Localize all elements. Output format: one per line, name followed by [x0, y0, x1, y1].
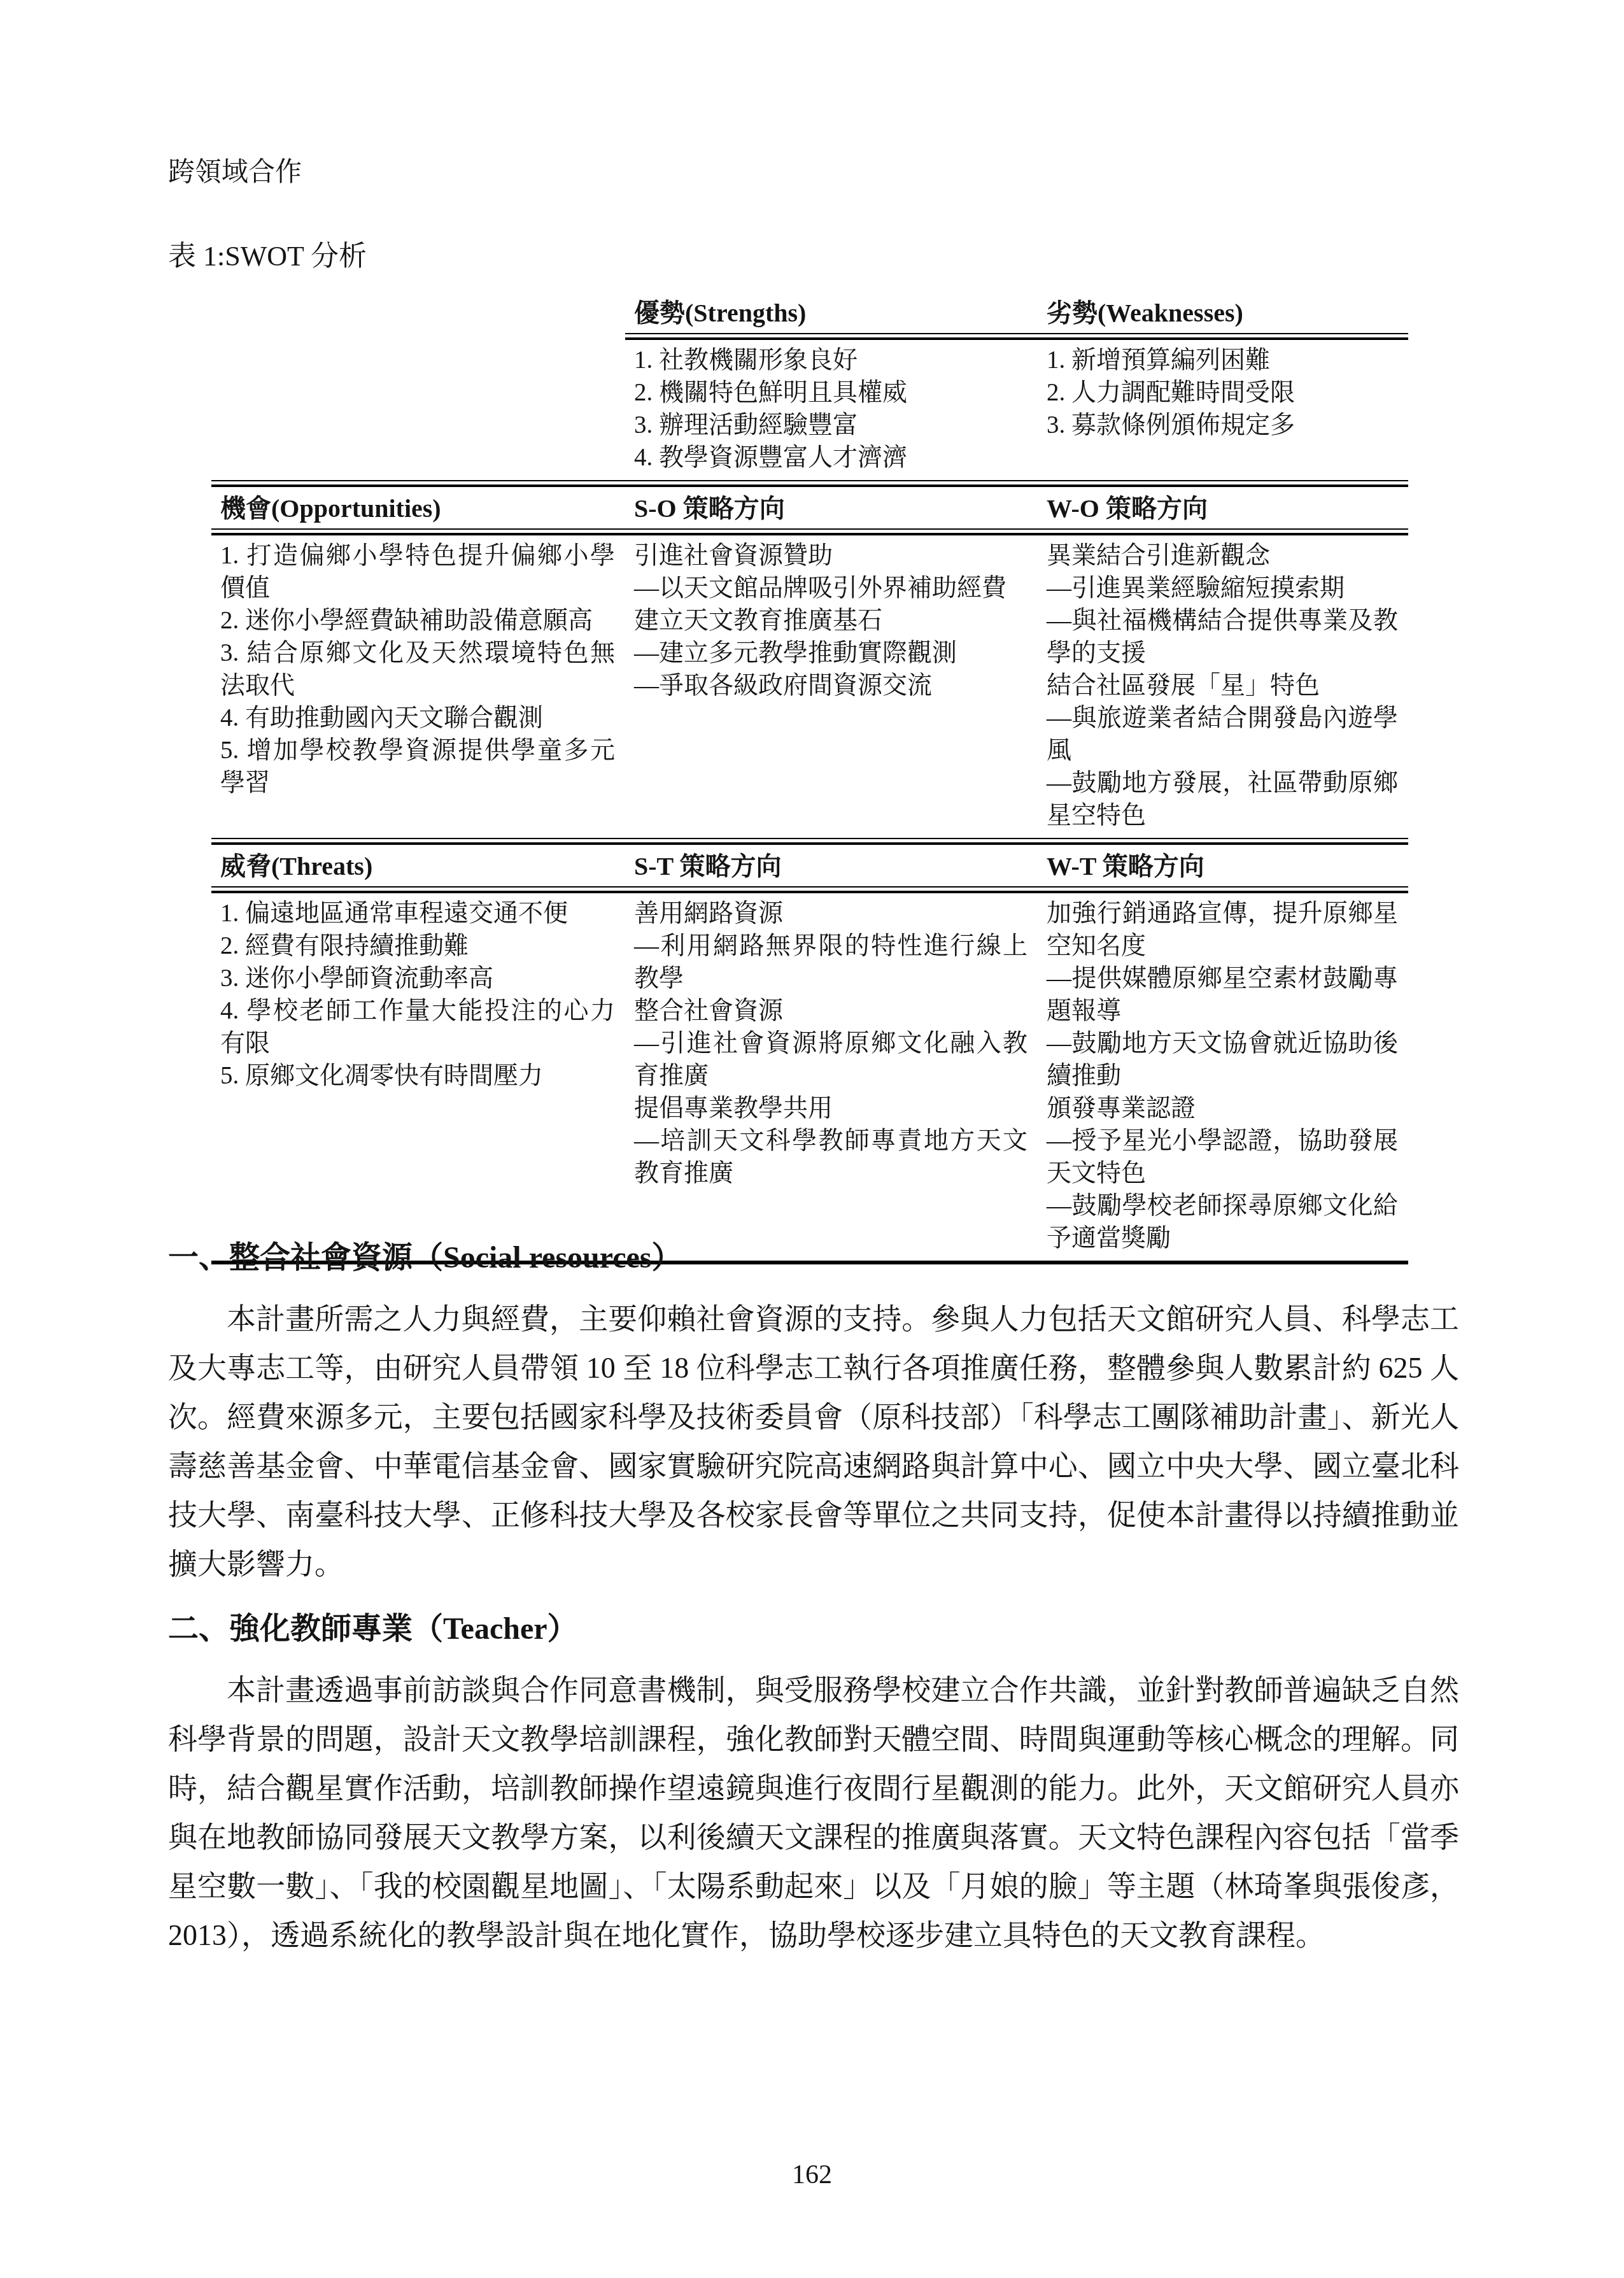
table-rule: [625, 333, 1408, 340]
col-header-weaknesses: 劣勢(Weaknesses): [1038, 292, 1408, 333]
table-cell-line: 2. 經費有限持續推動難: [220, 930, 615, 962]
cell-threats: 1. 偏遠地區通常車程遠交通不便2. 經費有限持續推動難3. 迷你小學師資流動率…: [211, 893, 625, 1261]
table-cell-line: 異業結合引進新觀念: [1047, 539, 1398, 572]
table-cell-line: 2. 機關特色鮮明且具權威: [634, 376, 1027, 409]
cell-weaknesses: 1. 新增預算編列困難2. 人力調配難時間受限3. 募款條例頒佈規定多: [1038, 340, 1408, 480]
cell-strengths: 1. 社教機關形象良好2. 機關特色鮮明且具權威3. 辦理活動經驗豐富4. 教學…: [625, 340, 1038, 480]
table-rule: [211, 528, 1408, 535]
table-header-row-opportunities: 機會(Opportunities) S-O 策略方向 W-O 策略方向: [211, 487, 1408, 528]
table-cell-line: 1. 打造偏鄉小學特色提升偏鄉小學價值: [220, 539, 615, 604]
table-cell-line: 3. 結合原鄉文化及天然環境特色無法取代: [220, 637, 615, 702]
cell-wt-strategies: 加強行銷通路宣傳，提升原鄉星空知名度—提供媒體原鄉星空素材鼓勵專題報導—鼓勵地方…: [1038, 893, 1408, 1261]
row-header-threats: 威脅(Threats): [211, 845, 625, 886]
cell-wo-strategies: 異業結合引進新觀念—引進異業經驗縮短摸索期—與社福機構結合提供專業及教學的支援結…: [1038, 535, 1408, 838]
table-row-sw-content: 1. 社教機關形象良好2. 機關特色鮮明且具權威3. 辦理活動經驗豐富4. 教學…: [211, 340, 1408, 480]
table-cell-line: —提供媒體原鄉星空素材鼓勵專題報導: [1047, 962, 1398, 1027]
table-cell-line: —鼓勵地方發展，社區帶動原鄉星空特色: [1047, 767, 1398, 831]
table-cell-line: —鼓勵地方天文協會就近協助後續推動: [1047, 1027, 1398, 1092]
col-header-st: S-T 策略方向: [625, 845, 1038, 886]
table-header-row-threats: 威脅(Threats) S-T 策略方向 W-T 策略方向: [211, 845, 1408, 886]
table-cell-line: 4. 教學資源豐富人才濟濟: [634, 441, 1027, 474]
table-cell-line: 4. 學校老師工作量大能投注的心力有限: [220, 994, 615, 1059]
cell-opportunities: 1. 打造偏鄉小學特色提升偏鄉小學價值2. 迷你小學經費缺補助設備意願高3. 結…: [211, 535, 625, 838]
table-cell-line: —爭取各級政府間資源交流: [634, 669, 1027, 702]
table-cell-line: —建立多元教學推動實際觀測: [634, 637, 1027, 669]
empty-corner-cell: [211, 292, 625, 333]
table-row-threats-content: 1. 偏遠地區通常車程遠交通不便2. 經費有限持續推動難3. 迷你小學師資流動率…: [211, 893, 1408, 1261]
table-cell-line: 2. 迷你小學經費缺補助設備意願高: [220, 604, 615, 637]
swot-table: 優勢(Strengths) 劣勢(Weaknesses) 1. 社教機關形象良好…: [211, 292, 1408, 1264]
table-cell-line: 頒發專業認證: [1047, 1092, 1398, 1124]
col-header-so: S-O 策略方向: [625, 487, 1038, 528]
table-cell-line: 5. 原鄉文化凋零快有時間壓力: [220, 1059, 615, 1092]
table-cell-line: 3. 迷你小學師資流動率高: [220, 962, 615, 994]
col-header-wt: W-T 策略方向: [1038, 845, 1408, 886]
table-cell-line: 善用網路資源: [634, 897, 1027, 930]
table-rule: [211, 480, 1408, 487]
row-header-opportunities: 機會(Opportunities): [211, 487, 625, 528]
table-rule: [211, 838, 1408, 845]
page-number: 162: [0, 2160, 1624, 2190]
table-cell-line: 2. 人力調配難時間受限: [1047, 376, 1398, 409]
table-cell-line: 1. 偏遠地區通常車程遠交通不便: [220, 897, 615, 930]
section-teacher: 二、強化教師專業（Teacher） 本計畫透過事前訪談與合作同意書機制，與受服務…: [168, 1609, 1459, 1960]
section-heading: 一、整合社會資源（Social resources）: [168, 1238, 1459, 1278]
table-row-opportunities-content: 1. 打造偏鄉小學特色提升偏鄉小學價值2. 迷你小學經費缺補助設備意願高3. 結…: [211, 535, 1408, 838]
table-cell-line: 提倡專業教學共用: [634, 1092, 1027, 1124]
table-cell-line: —引進社會資源將原鄉文化融入教育推廣: [634, 1027, 1027, 1092]
table-cell-line: —與旅遊業者結合開發島內遊學風: [1047, 702, 1398, 767]
table-cell-line: 加強行銷通路宣傳，提升原鄉星空知名度: [1047, 897, 1398, 962]
table-cell-line: —引進異業經驗縮短摸索期: [1047, 572, 1398, 604]
table-cell-line: 1. 新增預算編列困難: [1047, 344, 1398, 376]
cell-st-strategies: 善用網路資源—利用網路無界限的特性進行線上教學整合社會資源—引進社會資源將原鄉文…: [625, 893, 1038, 1261]
table-cell-line: 整合社會資源: [634, 994, 1027, 1027]
empty-cell: [211, 340, 625, 480]
section-paragraph: 本計畫透過事前訪談與合作同意書機制，與受服務學校建立合作共識，並針對教師普遍缺乏…: [168, 1666, 1459, 1960]
table-cell-line: —與社福機構結合提供專業及教學的支援: [1047, 604, 1398, 669]
table-header-row-sw: 優勢(Strengths) 劣勢(Weaknesses): [211, 292, 1408, 333]
table-cell-line: —授予星光小學認證，協助發展天文特色: [1047, 1124, 1398, 1189]
cell-so-strategies: 引進社會資源贊助—以天文館品牌吸引外界補助經費建立天文教育推廣基石—建立多元教學…: [625, 535, 1038, 838]
table-cell-line: 3. 辦理活動經驗豐富: [634, 409, 1027, 441]
table-cell-line: 3. 募款條例頒佈規定多: [1047, 409, 1398, 441]
table-caption: 表 1:SWOT 分析: [168, 239, 367, 274]
table-cell-line: 5. 增加學校教學資源提供學童多元學習: [220, 734, 615, 799]
table-rule: [211, 886, 1408, 893]
table-cell-line: 1. 社教機關形象良好: [634, 344, 1027, 376]
document-page: 跨領域合作 表 1:SWOT 分析 優勢(Strengths) 劣勢(Weakn…: [0, 0, 1624, 2278]
col-header-wo: W-O 策略方向: [1038, 487, 1408, 528]
table-cell-line: 結合社區發展「星」特色: [1047, 669, 1398, 702]
running-header: 跨領域合作: [168, 157, 302, 188]
table-cell-line: —培訓天文科學教師專責地方天文教育推廣: [634, 1124, 1027, 1189]
table-cell-line: 4. 有助推動國內天文聯合觀測: [220, 702, 615, 734]
table-cell-line: 建立天文教育推廣基石: [634, 604, 1027, 637]
section-heading: 二、強化教師專業（Teacher）: [168, 1609, 1459, 1649]
col-header-strengths: 優勢(Strengths): [625, 292, 1038, 333]
table-cell-line: 引進社會資源贊助: [634, 539, 1027, 572]
section-paragraph: 本計畫所需之人力與經費，主要仰賴社會資源的支持。參與人力包括天文館研究人員、科學…: [168, 1294, 1459, 1588]
section-social-resources: 一、整合社會資源（Social resources） 本計畫所需之人力與經費，主…: [168, 1238, 1459, 1588]
table-cell-line: —利用網路無界限的特性進行線上教學: [634, 930, 1027, 994]
table-cell-line: —以天文館品牌吸引外界補助經費: [634, 572, 1027, 604]
